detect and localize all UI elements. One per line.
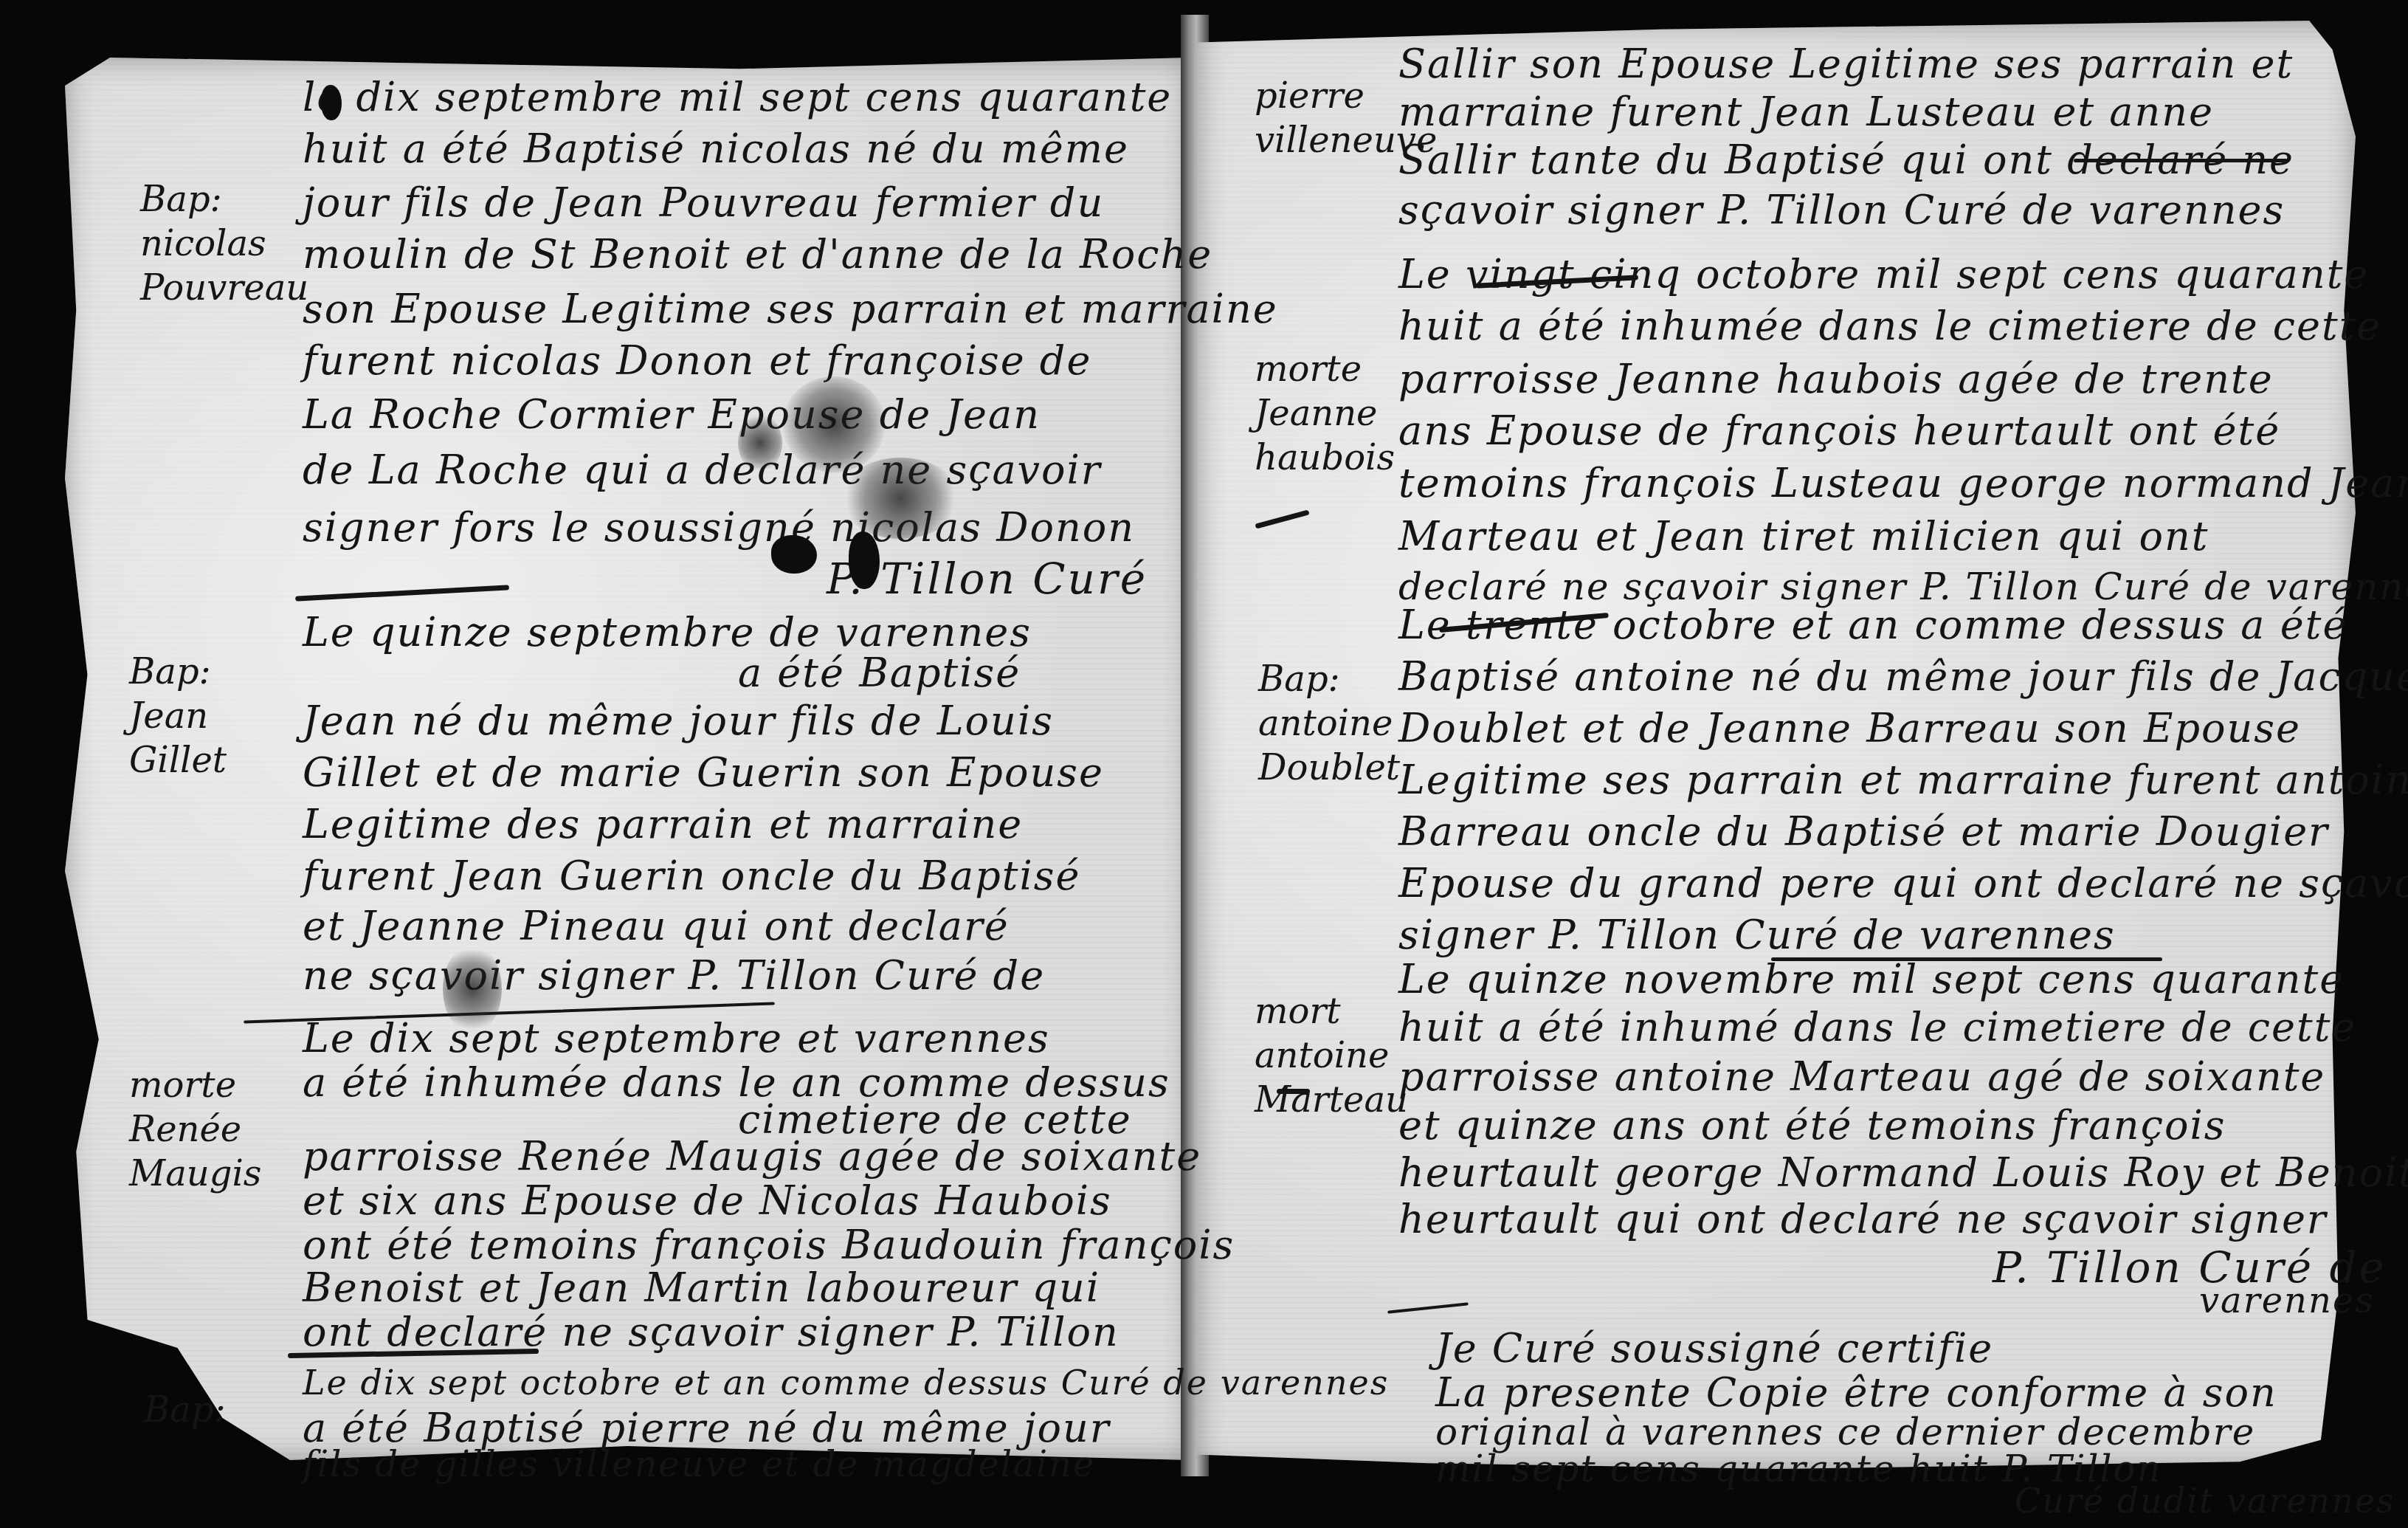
margin-name: Renée	[129, 1107, 261, 1152]
entry-line: furent Jean Guerin oncle du Baptisé	[303, 856, 1080, 896]
entry-line: son Epouse Legitime ses parrain et marra…	[303, 289, 1278, 329]
certification-line: Je Curé soussigné certifie	[1435, 1329, 1993, 1369]
margin-note-entry-1: Bap: nicolas Pouvreau	[140, 177, 308, 310]
entry-line: sçavoir signer P. Tillon Curé de varenne…	[1398, 190, 2285, 230]
entry-line: Barreau oncle du Baptisé et marie Dougie…	[1398, 812, 2329, 852]
entry-line: parroisse Jeanne haubois agée de trente	[1398, 359, 2274, 399]
ink-blot	[771, 535, 817, 574]
entry-line: Marteau et Jean tiret milicien qui ont	[1398, 517, 2209, 557]
entry-line: Le quinze novembre mil sept cens quarant…	[1398, 960, 2345, 999]
entry-line: a été Baptisé	[738, 653, 1021, 693]
certification-signature: Curé dudit varennes	[2015, 1484, 2395, 1518]
margin-surname: haubois	[1255, 436, 1395, 480]
separator-stroke	[1277, 1089, 1310, 1094]
entry-line: marraine furent Jean Lusteau et anne	[1398, 92, 2214, 132]
entry-line: moulin de St Benoit et d'anne de la Roch…	[303, 235, 1212, 275]
ink-blot	[849, 531, 880, 589]
margin-name: Jeanne	[1255, 391, 1395, 436]
margin-note-entry-4: Bap:	[144, 1388, 226, 1432]
entry-line: huit a été Baptisé nicolas né du même	[303, 129, 1129, 169]
margin-label: Bap:	[144, 1388, 226, 1432]
margin-name: antoine	[1255, 1033, 1408, 1078]
ink-smudge	[738, 413, 782, 472]
ink-smudge	[841, 458, 959, 539]
entry-line: heurtault george Normand Louis Roy et Be…	[1398, 1153, 2408, 1193]
margin-label: Bap:	[1258, 657, 1400, 701]
margin-label: morte	[1255, 347, 1395, 391]
entry-line: varennes	[2199, 1283, 2375, 1318]
entry-line: temoins françois Lusteau george normand …	[1398, 464, 2408, 503]
margin-note-entry-2: Bap: Jean Gillet	[129, 650, 227, 782]
entry-line: ont declaré ne sçavoir signer P. Tillon	[303, 1312, 1120, 1352]
entry-line: jour fils de Jean Pouvreau fermier du	[303, 183, 1104, 223]
margin-surname: Gillet	[129, 738, 227, 782]
margin-name: nicolas	[140, 221, 308, 266]
entry-line: signer P. Tillon Curé de varennes	[1398, 915, 2116, 955]
entry-line: Jean né du même jour fils de Louis	[303, 701, 1054, 741]
margin-name: Jean	[129, 694, 227, 738]
margin-surname: Maugis	[129, 1152, 261, 1196]
entry-line: ne sçavoir signer P. Tillon Curé de	[303, 956, 1045, 996]
entry-line: et Jeanne Pineau qui ont declaré	[303, 906, 1010, 946]
margin-label: mort	[1255, 989, 1408, 1033]
entry-line: Benoist et Jean Martin laboureur qui	[303, 1268, 1100, 1308]
certification-line: La presente Copie être conforme à son	[1435, 1373, 2277, 1413]
entry-line: huit a été inhumée dans le cimetiere de …	[1398, 306, 2381, 346]
ink-smudge	[443, 945, 502, 1033]
margin-note-entry-7: Bap: antoine Doublet	[1258, 657, 1400, 790]
margin-note-entry-3: morte Renée Maugis	[129, 1063, 261, 1196]
entry-line: heurtault qui ont declaré ne sçavoir sig…	[1398, 1200, 2328, 1239]
entry-line: Le dix sept octobre et an comme dessus C…	[303, 1366, 1389, 1400]
entry-line: Baptisé antoine né du même jour fils de …	[1398, 657, 2408, 697]
margin-surname: Doublet	[1258, 746, 1400, 790]
entry-line: declaré ne sçavoir signer P. Tillon Curé…	[1398, 568, 2408, 605]
entry-line: huit a été inhumé dans le cimetiere de c…	[1398, 1008, 2356, 1047]
margin-label: Bap:	[140, 177, 308, 221]
entry-line: de La Roche qui a declaré ne sçavoir	[303, 450, 1102, 490]
certification-line: original à varennes ce dernier decembre	[1435, 1414, 2255, 1450]
ink-smudge	[782, 376, 886, 472]
entry-line: Doublet et de Jeanne Barreau son Epouse	[1398, 709, 2301, 748]
entry-line: le dix septembre mil sept cens quarante	[303, 78, 1172, 117]
entry-line: ont été temoins françois Baudouin franço…	[303, 1225, 1235, 1265]
margin-surname: Pouvreau	[140, 266, 308, 310]
entry-line: fils de gilles villeneuve et de magdelai…	[303, 1447, 1095, 1482]
entry-line: La Roche Cormier Epouse de Jean	[303, 395, 1041, 435]
ink-blot	[321, 85, 342, 120]
entry-line: parroisse Renée Maugis agée de soixante	[303, 1137, 1201, 1177]
margin-name: antoine	[1258, 701, 1400, 746]
entry-line: furent nicolas Donon et françoise de	[303, 341, 1091, 381]
margin-label: morte	[129, 1063, 261, 1107]
entry-line: et quinze ans ont été temoins françois	[1398, 1106, 2226, 1146]
entry-line: Epouse du grand pere qui ont declaré ne …	[1398, 864, 2408, 904]
entry-line: ans Epouse de françois heurtault ont été	[1398, 411, 2280, 451]
entry-line: Legitime ses parrain et marraine furent …	[1398, 760, 2408, 800]
separator-stroke	[2074, 159, 2288, 162]
entry-line: Legitime des parrain et marraine	[303, 805, 1023, 844]
entry-line: a été Baptisé pierre né du même jour	[303, 1408, 1111, 1448]
entry-line: Gillet et de marie Guerin son Epouse	[303, 753, 1104, 793]
entry-line: Le quinze septembre de varennes	[303, 613, 1032, 653]
entry-line: parroisse antoine Marteau agé de soixant…	[1398, 1057, 2325, 1097]
margin-surname: Marteau	[1255, 1078, 1408, 1122]
entry-line: Le vingt cinq octobre mil sept cens quar…	[1398, 255, 2369, 295]
entry-line: Sallir son Epouse Legitime ses parrain e…	[1398, 44, 2294, 84]
entry-line: Le dix sept septembre et varennes	[303, 1019, 1050, 1059]
margin-label: Bap:	[129, 650, 227, 694]
margin-note-entry-6: morte Jeanne haubois	[1255, 347, 1395, 480]
margin-note-entry-8: mort antoine Marteau	[1255, 989, 1408, 1122]
entry-line: signer fors le soussigné nicolas Donon	[303, 508, 1135, 548]
entry-line: Le trente octobre et an comme dessus a é…	[1398, 605, 2347, 645]
entry-line: et six ans Epouse de Nicolas Haubois	[303, 1181, 1112, 1221]
